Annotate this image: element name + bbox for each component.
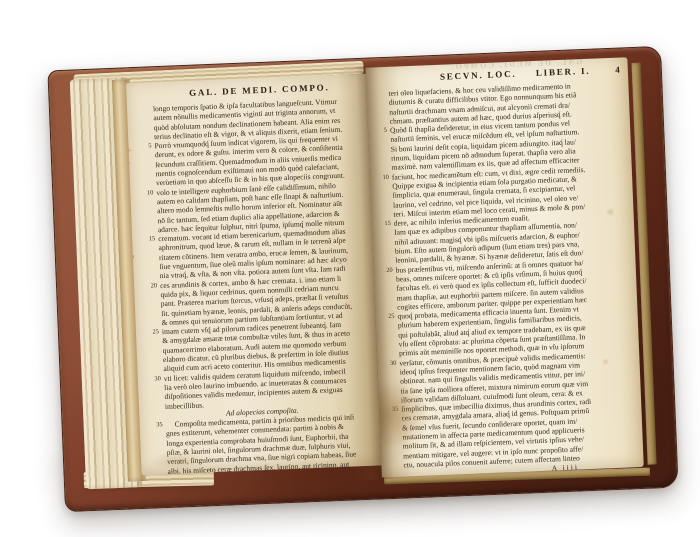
left-page: GAL. DE MEDI. COMPO. longo temporis ſpat…: [126, 74, 382, 475]
folio-number: 4: [615, 65, 620, 75]
book: GAL. DE MEDI. COMPO. longo temporis ſpat…: [47, 46, 678, 512]
line-number: 25: [145, 327, 159, 337]
header-secvn-loc: SECVN. LOC.: [440, 69, 517, 82]
line-number: 30: [147, 374, 161, 384]
line-number: 25: [380, 312, 394, 322]
stain: [147, 450, 208, 470]
line-number: 30: [382, 358, 396, 368]
line-number: 15: [377, 219, 391, 229]
line-number: 5: [137, 142, 151, 152]
line-number: 10: [139, 188, 153, 198]
right-page: GAL. DE MEDI. COMPO. SECVN. LOC. LIBER. …: [366, 57, 644, 477]
line-number: 20: [378, 265, 392, 275]
line-number: 35: [149, 420, 163, 430]
header-liber: LIBER. I.: [536, 66, 591, 78]
line-number: 5: [373, 126, 387, 136]
line-number: 10: [375, 173, 389, 183]
left-page-text: longo temporis ſpatio & ipſa facultatibu…: [153, 96, 382, 474]
line-number: 15: [141, 234, 155, 244]
line-number: 20: [143, 281, 157, 291]
photo-background: { "colors": { "background": "#ffffff", "…: [0, 0, 700, 537]
